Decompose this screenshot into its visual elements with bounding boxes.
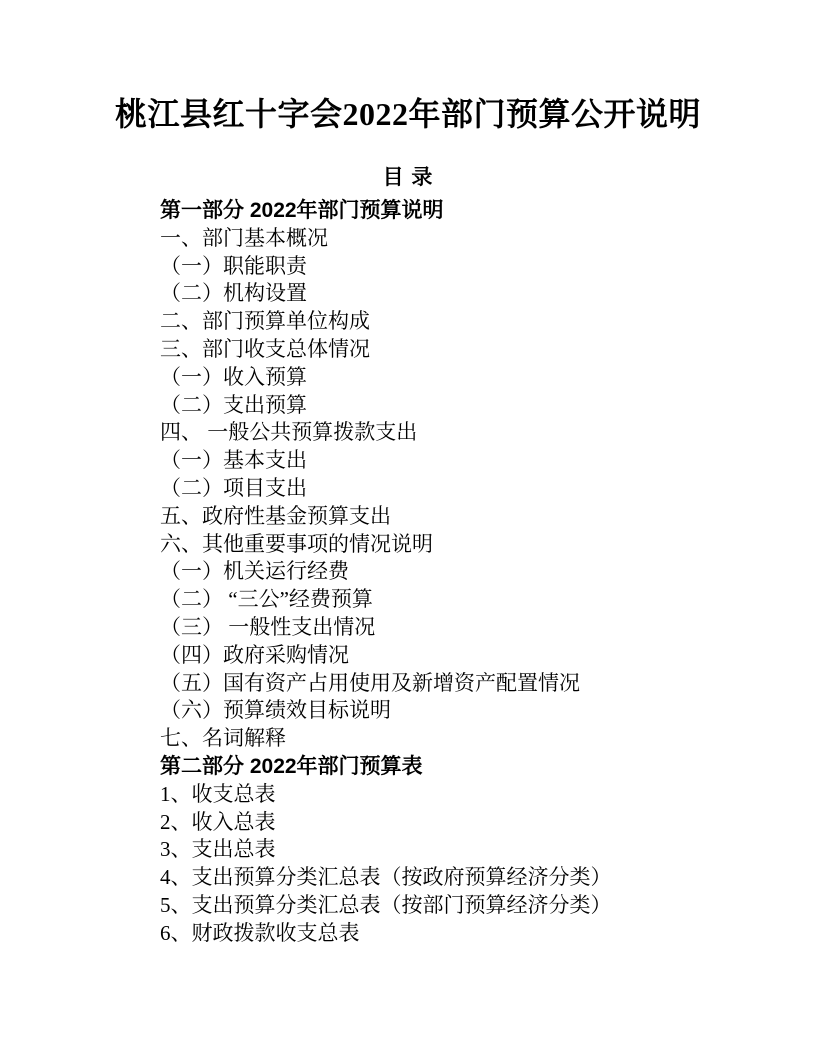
toc-entry: 四、 一般公共预算拨款支出	[160, 419, 720, 447]
toc-entry: 5、支出预算分类汇总表（按部门预算经济分类）	[160, 892, 720, 920]
toc-entry: 五、政府性基金预算支出	[160, 503, 720, 531]
toc-entry: （六）预算绩效目标说明	[160, 697, 720, 725]
toc-entry: （二）项目支出	[160, 475, 720, 503]
toc-entry: 六、其他重要事项的情况说明	[160, 531, 720, 559]
toc-entry: （二）支出预算	[160, 392, 720, 420]
document-title: 桃江县红十字会2022年部门预算公开说明	[0, 94, 816, 134]
toc-heading: 目 录	[0, 164, 816, 191]
toc-entry: （一）基本支出	[160, 447, 720, 475]
toc-entry: （一）机关运行经费	[160, 558, 720, 586]
toc-entry: （五）国有资产占用使用及新增资产配置情况	[160, 670, 720, 698]
toc-entry: （一）收入预算	[160, 364, 720, 392]
toc-entry: （一）职能职责	[160, 253, 720, 281]
toc-entry: （二）机构设置	[160, 280, 720, 308]
toc-entry: （四）政府采购情况	[160, 642, 720, 670]
toc-entry: （二） “三公”经费预算	[160, 586, 720, 614]
toc-entry: 1、收支总表	[160, 781, 720, 809]
toc-entry: 一、部门基本概况	[160, 225, 720, 253]
toc-entry: 三、部门收支总体情况	[160, 336, 720, 364]
toc-entry: 6、财政拨款收支总表	[160, 920, 720, 948]
document-page: 桃江县红十字会2022年部门预算公开说明 目 录 第一部分 2022年部门预算说…	[0, 0, 816, 1056]
toc-entry: （三） 一般性支出情况	[160, 614, 720, 642]
toc-entry: 4、支出预算分类汇总表（按政府预算经济分类）	[160, 864, 720, 892]
toc-entry: 2、收入总表	[160, 809, 720, 837]
toc-entry-part1: 第一部分 2022年部门预算说明	[160, 197, 720, 225]
toc-entry: 3、支出总表	[160, 836, 720, 864]
toc-list: 第一部分 2022年部门预算说明 一、部门基本概况 （一）职能职责 （二）机构设…	[160, 197, 720, 948]
toc-entry-part2: 第二部分 2022年部门预算表	[160, 753, 720, 781]
toc-entry: 二、部门预算单位构成	[160, 308, 720, 336]
toc-entry: 七、名词解释	[160, 725, 720, 753]
